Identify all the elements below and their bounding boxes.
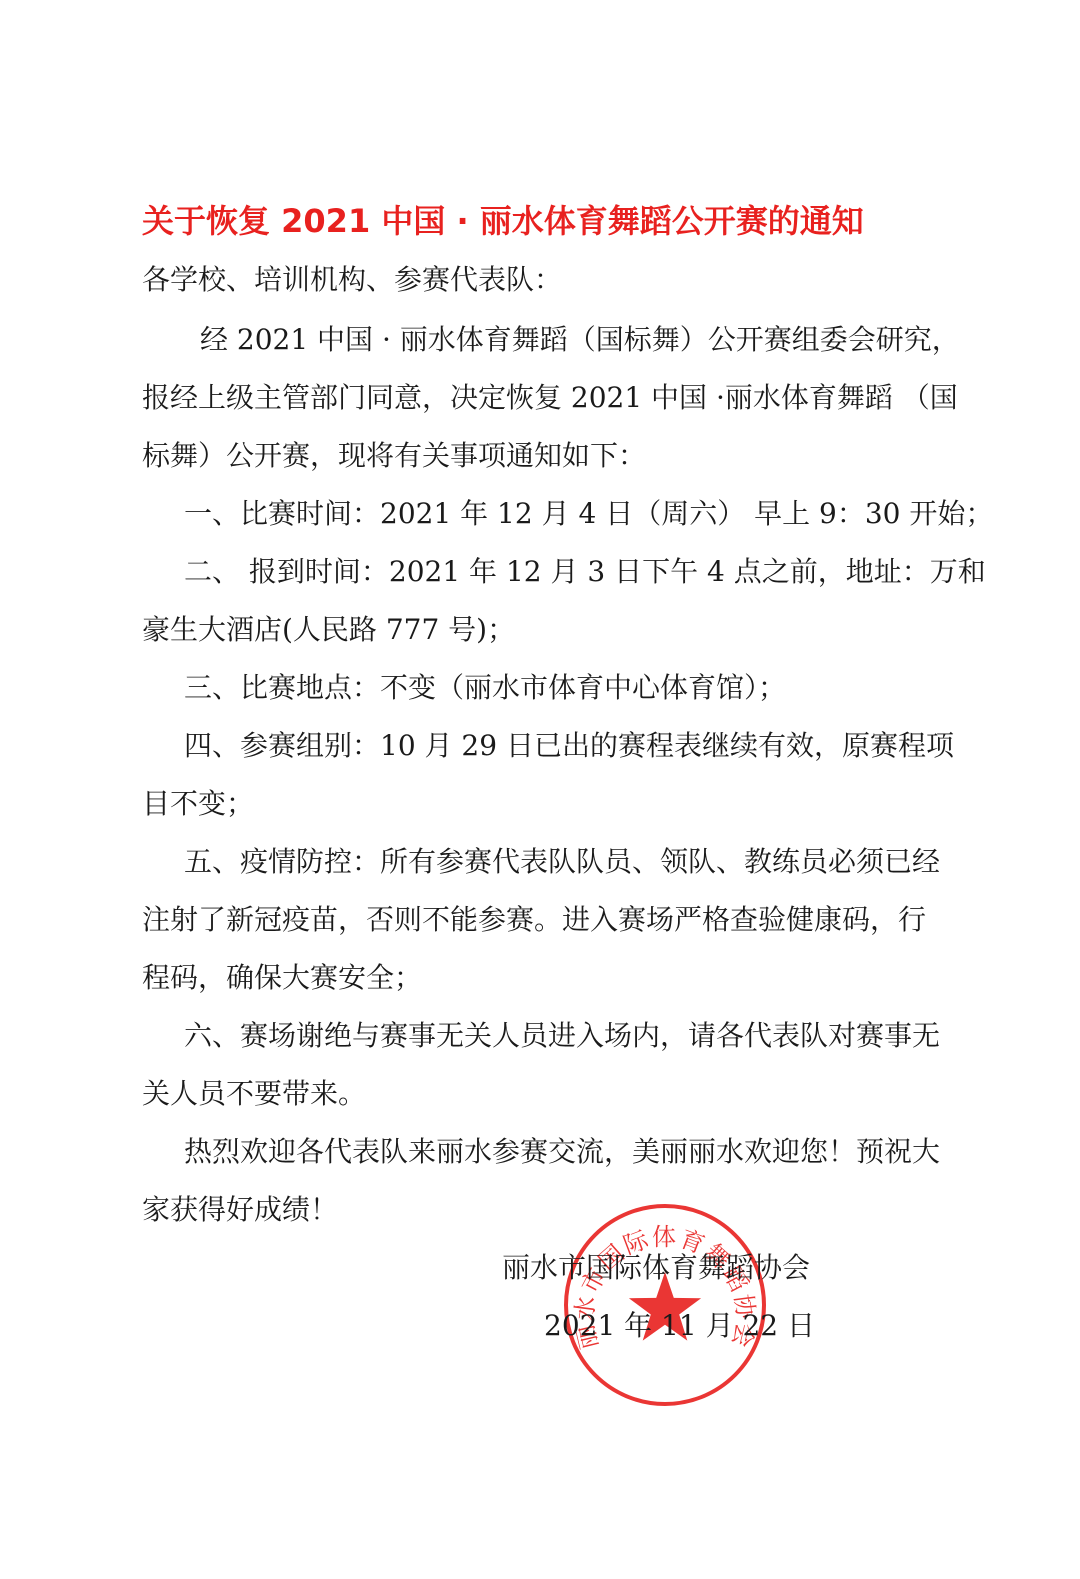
- document-title: 关于恢复 2021 中国 · 丽水体育舞蹈公开赛的通知: [142, 196, 864, 242]
- signature-organization: 丽水市国际体育舞蹈协会: [502, 1250, 810, 1286]
- intro-line-2: 报经上级主管部门同意，决定恢复 2021 中国 ·丽水体育舞蹈 （国: [142, 380, 958, 416]
- signature-date: 2021 年 11 月 22 日: [544, 1308, 815, 1344]
- salutation: 各学校、培训机构、参赛代表队：: [142, 262, 562, 298]
- item-2-registration-line-1: 二、 报到时间：2021 年 12 月 3 日下午 4 点之前，地址：万和: [184, 554, 986, 590]
- item-5-epidemic-line-3: 程码，确保大赛安全；: [142, 960, 422, 996]
- item-1-competition-time: 一、比赛时间：2021 年 12 月 4 日（周六） 早上 9：30 开始；: [184, 496, 993, 532]
- item-6-admission-line-1: 六、赛场谢绝与赛事无关人员进入场内，请各代表队对赛事无: [184, 1018, 940, 1054]
- official-seal: 丽水市国际体育舞蹈协会: [562, 1202, 768, 1408]
- item-6-admission-line-2: 关人员不要带来。: [142, 1076, 366, 1112]
- item-5-epidemic-line-1: 五、疫情防控：所有参赛代表队队员、领队、教练员必须已经: [184, 844, 940, 880]
- closing-line-1: 热烈欢迎各代表队来丽水参赛交流，美丽丽水欢迎您！预祝大: [184, 1134, 940, 1170]
- item-4-groups-line-1: 四、参赛组别：10 月 29 日已出的赛程表继续有效，原赛程项: [184, 728, 954, 764]
- closing-line-2: 家获得好成绩！: [142, 1192, 338, 1228]
- intro-line-1: 经 2021 中国 · 丽水体育舞蹈（国标舞）公开赛组委会研究，: [200, 322, 960, 358]
- item-2-registration-line-2: 豪生大酒店(人民路 777 号)；: [142, 612, 515, 648]
- notice-page: 关于恢复 2021 中国 · 丽水体育舞蹈公开赛的通知 各学校、培训机构、参赛代…: [0, 0, 1080, 1579]
- item-5-epidemic-line-2: 注射了新冠疫苗，否则不能参赛。进入赛场严格查验健康码，行: [142, 902, 926, 938]
- item-4-groups-line-2: 目不变；: [142, 786, 254, 822]
- intro-line-3: 标舞）公开赛，现将有关事项通知如下：: [142, 438, 646, 474]
- item-3-venue: 三、比赛地点：不变（丽水市体育中心体育馆）；: [184, 670, 786, 706]
